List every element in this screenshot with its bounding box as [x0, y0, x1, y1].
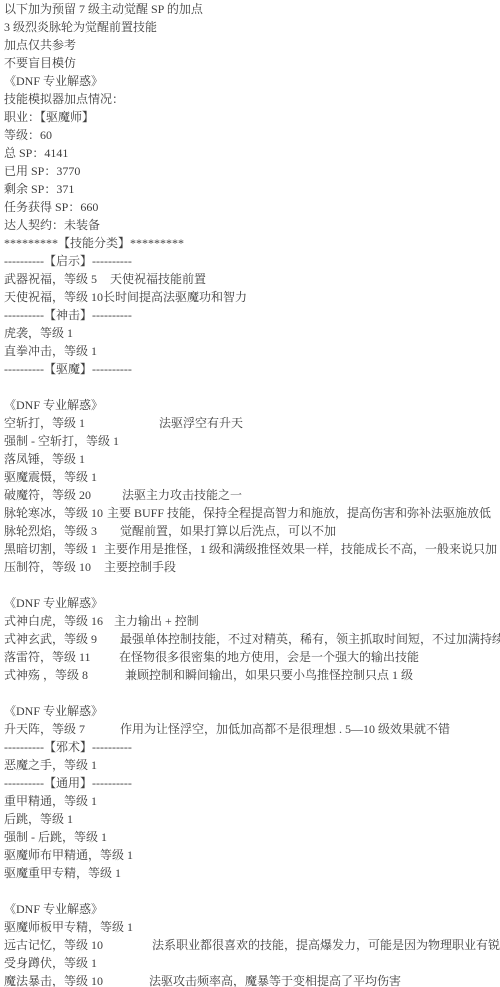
text-line: 已用 SP：3770 — [4, 162, 500, 180]
text-line: ----------【通用】---------- — [4, 774, 500, 792]
text-line: 受身蹲伏，等级 1 — [4, 954, 500, 972]
line-text: 职业：【驱魔师】 — [4, 110, 94, 124]
line-text: 以下加为预留 7 级主动觉醒 SP 的加点 — [4, 2, 203, 16]
line-text — [4, 686, 7, 700]
line-text: 《DNF 专业解惑》 — [4, 74, 103, 88]
text-line: 达人契约：未装备 — [4, 216, 500, 234]
line-text: 升天阵，等级 7 — [4, 722, 85, 736]
text-line: 式神白虎，等级 16主力输出 + 控制 — [4, 612, 500, 630]
line-text: 式神殇 ，等级 8 — [4, 668, 88, 682]
line-text: 式神白虎，等级 16 — [4, 614, 103, 628]
text-line: 《DNF 专业解惑》 — [4, 594, 500, 612]
text-line: 后跳，等级 1 — [4, 810, 500, 828]
line-text: 压制符，等级 10 — [4, 560, 91, 574]
text-line — [4, 684, 500, 702]
text-line: 式神玄武，等级 9最强单体控制技能，不过对精英，稀有，领主抓取时间短，不过加满持… — [4, 630, 500, 648]
line-text: ----------【通用】---------- — [4, 776, 132, 790]
text-line: 驱魔师布甲精通，等级 1 — [4, 846, 500, 864]
text-line: 脉轮烈焰，等级 3觉醒前置，如果打算以后洗点，可以不加 — [4, 522, 500, 540]
line-text: 驱魔震慑，等级 1 — [4, 470, 97, 484]
text-line: 式神殇 ，等级 8兼顾控制和瞬间输出，如果只要小鸟推怪控制只点 1 级 — [4, 666, 500, 684]
line-text: ----------【邪术】---------- — [4, 740, 132, 754]
line-text: 强制 - 空斩打，等级 1 — [4, 434, 119, 448]
text-line: *********【技能分类】********* — [4, 234, 500, 252]
line-text: 驱魔师板甲专精，等级 1 — [4, 920, 133, 934]
text-line: 虎袭，等级 1 — [4, 324, 500, 342]
line-text: 后跳，等级 1 — [4, 812, 73, 826]
line-text: *********【技能分类】********* — [4, 236, 184, 250]
text-line: 压制符，等级 10主要控制手段 — [4, 558, 500, 576]
line-comment: 觉醒前置，如果打算以后洗点，可以不加 — [120, 522, 336, 540]
text-line: 重甲精通，等级 1 — [4, 792, 500, 810]
line-text: 强制 - 后跳，等级 1 — [4, 830, 107, 844]
line-text: 直拳冲击，等级 1 — [4, 344, 97, 358]
line-text: 远古记忆，等级 10 — [4, 938, 103, 952]
line-text: 落凤锤，等级 1 — [4, 452, 85, 466]
line-text: 落雷符，等级 11 — [4, 650, 91, 664]
text-line — [4, 882, 500, 900]
line-comment: 法系职业都很喜欢的技能，提高爆发力，可能是因为物理职业有锐眼吧 — [152, 936, 500, 954]
line-text: 空斩打，等级 1 — [4, 416, 85, 430]
line-text: 《DNF 专业解惑》 — [4, 398, 103, 412]
text-line: 3 级烈炎脉轮为觉醒前置技能 — [4, 18, 500, 36]
text-line: 魔法暴击，等级 10法驱攻击频率高，魔暴等于变相提高了平均伤害 — [4, 972, 500, 987]
text-line: 强制 - 空斩打，等级 1 — [4, 432, 500, 450]
text-line: 以下加为预留 7 级主动觉醒 SP 的加点 — [4, 0, 500, 18]
text-line: 破魔符，等级 20法驱主力攻击技能之一 — [4, 486, 500, 504]
text-line — [4, 576, 500, 594]
line-text: 驱魔师布甲精通，等级 1 — [4, 848, 133, 862]
text-line: 落雷符，等级 11在怪物很多很密集的地方使用，会是一个强大的输出技能 — [4, 648, 500, 666]
text-line: 任务获得 SP：660 — [4, 198, 500, 216]
line-text: 《DNF 专业解惑》 — [4, 704, 103, 718]
line-text: 任务获得 SP：660 — [4, 200, 98, 214]
text-line: 强制 - 后跳，等级 1 — [4, 828, 500, 846]
text-line: 恶魔之手，等级 1 — [4, 756, 500, 774]
line-text: 等级：60 — [4, 128, 52, 142]
line-comment: 天使祝福技能前置 — [110, 270, 206, 288]
line-comment: 作用为让怪浮空，加低加高都不是很理想 . 5—10 级效果就不错 — [120, 720, 450, 738]
text-line — [4, 378, 500, 396]
line-text: ----------【神击】---------- — [4, 308, 132, 322]
line-text: 破魔符，等级 20 — [4, 488, 91, 502]
line-text — [4, 380, 7, 394]
text-line: 不要盲目模仿 — [4, 54, 500, 72]
text-line: 驱魔震慑，等级 1 — [4, 468, 500, 486]
text-line: 直拳冲击，等级 1 — [4, 342, 500, 360]
line-text: 虎袭，等级 1 — [4, 326, 73, 340]
text-line: 黑暗切割，等级 1主要作用是推怪，1 级和满级推怪效果一样，技能成长不高，一般来… — [4, 540, 500, 558]
line-text: 受身蹲伏，等级 1 — [4, 956, 97, 970]
line-text: 重甲精通，等级 1 — [4, 794, 97, 808]
line-comment: 主力输出 + 控制 — [114, 612, 199, 630]
text-line: 驱魔师板甲专精，等级 1 — [4, 918, 500, 936]
text-line: 脉轮寒冰，等级 10主要 BUFF 技能，保持全程提高智力和施放，提高伤害和弥补… — [4, 504, 500, 522]
line-comment: 主要作用是推怪，1 级和满级推怪效果一样，技能成长不高，一般来说只加 1 级 — [104, 540, 500, 558]
text-line: 升天阵，等级 7作用为让怪浮空，加低加高都不是很理想 . 5—10 级效果就不错 — [4, 720, 500, 738]
line-list: 以下加为预留 7 级主动觉醒 SP 的加点3 级烈炎脉轮为觉醒前置技能加点仅共参… — [4, 0, 500, 987]
line-text: 《DNF 专业解惑》 — [4, 596, 103, 610]
text-line: 武器祝福，等级 5天使祝福技能前置 — [4, 270, 500, 288]
text-line: ----------【邪术】---------- — [4, 738, 500, 756]
line-text — [4, 578, 7, 592]
text-line: 《DNF 专业解惑》 — [4, 702, 500, 720]
text-line: ----------【启示】---------- — [4, 252, 500, 270]
line-text: 驱魔重甲专精，等级 1 — [4, 866, 121, 880]
line-text: 脉轮寒冰，等级 10 — [4, 506, 103, 520]
text-line: ----------【神击】---------- — [4, 306, 500, 324]
line-text: 总 SP：4141 — [4, 146, 68, 160]
text-line: 等级：60 — [4, 126, 500, 144]
text-line: 《DNF 专业解惑》 — [4, 396, 500, 414]
text-line: 技能模拟器加点情况： — [4, 90, 500, 108]
text-line: 剩余 SP：371 — [4, 180, 500, 198]
line-comment: 主要 BUFF 技能，保持全程提高智力和施放，提高伤害和弥补法驱施放低 — [107, 504, 491, 522]
line-text: 黑暗切割，等级 1 — [4, 542, 97, 556]
text-line: ----------【驱魔】---------- — [4, 360, 500, 378]
line-comment: 法驱浮空有升天 — [159, 414, 243, 432]
line-text: 已用 SP：3770 — [4, 164, 80, 178]
line-comment: 在怪物很多很密集的地方使用，会是一个强大的输出技能 — [119, 648, 419, 666]
line-comment: 主要控制手段 — [104, 558, 176, 576]
line-text: 武器祝福，等级 5 — [4, 272, 97, 286]
text-line: 天使祝福，等级 10长时间提高法驱魔功和智力 — [4, 288, 500, 306]
line-text: 魔法暴击，等级 10 — [4, 974, 103, 987]
line-text: 式神玄武，等级 9 — [4, 632, 97, 646]
line-text: 《DNF 专业解惑》 — [4, 902, 103, 916]
line-text: 技能模拟器加点情况： — [4, 92, 124, 106]
line-text: 不要盲目模仿 — [4, 56, 76, 70]
line-text: 3 级烈炎脉轮为觉醒前置技能 — [4, 20, 157, 34]
line-text: 天使祝福，等级 10 — [4, 290, 103, 304]
line-text: ----------【驱魔】---------- — [4, 362, 132, 376]
text-line: 职业：【驱魔师】 — [4, 108, 500, 126]
text-line: 《DNF 专业解惑》 — [4, 72, 500, 90]
line-comment: 长时间提高法驱魔功和智力 — [103, 288, 247, 306]
line-text: 加点仅共参考 — [4, 38, 76, 52]
line-text — [4, 884, 7, 898]
text-document: 以下加为预留 7 级主动觉醒 SP 的加点3 级烈炎脉轮为觉醒前置技能加点仅共参… — [0, 0, 500, 987]
line-comment: 法驱主力攻击技能之一 — [122, 486, 242, 504]
text-line: 空斩打，等级 1法驱浮空有升天 — [4, 414, 500, 432]
text-line: 加点仅共参考 — [4, 36, 500, 54]
line-comment: 法驱攻击频率高，魔暴等于变相提高了平均伤害 — [149, 972, 401, 987]
line-text: 剩余 SP：371 — [4, 182, 74, 196]
line-text: ----------【启示】---------- — [4, 254, 132, 268]
text-line: 总 SP：4141 — [4, 144, 500, 162]
text-line: 远古记忆，等级 10法系职业都很喜欢的技能，提高爆发力，可能是因为物理职业有锐眼… — [4, 936, 500, 954]
line-text: 脉轮烈焰，等级 3 — [4, 524, 97, 538]
line-text: 恶魔之手，等级 1 — [4, 758, 97, 772]
text-line: 《DNF 专业解惑》 — [4, 900, 500, 918]
text-line: 驱魔重甲专精，等级 1 — [4, 864, 500, 882]
line-comment: 兼顾控制和瞬间输出，如果只要小鸟推怪控制只点 1 级 — [125, 666, 413, 684]
line-text: 达人契约：未装备 — [4, 218, 100, 232]
text-line: 落凤锤，等级 1 — [4, 450, 500, 468]
line-comment: 最强单体控制技能，不过对精英，稀有，领主抓取时间短，不过加满持续时间和 HP 都 — [120, 630, 500, 648]
